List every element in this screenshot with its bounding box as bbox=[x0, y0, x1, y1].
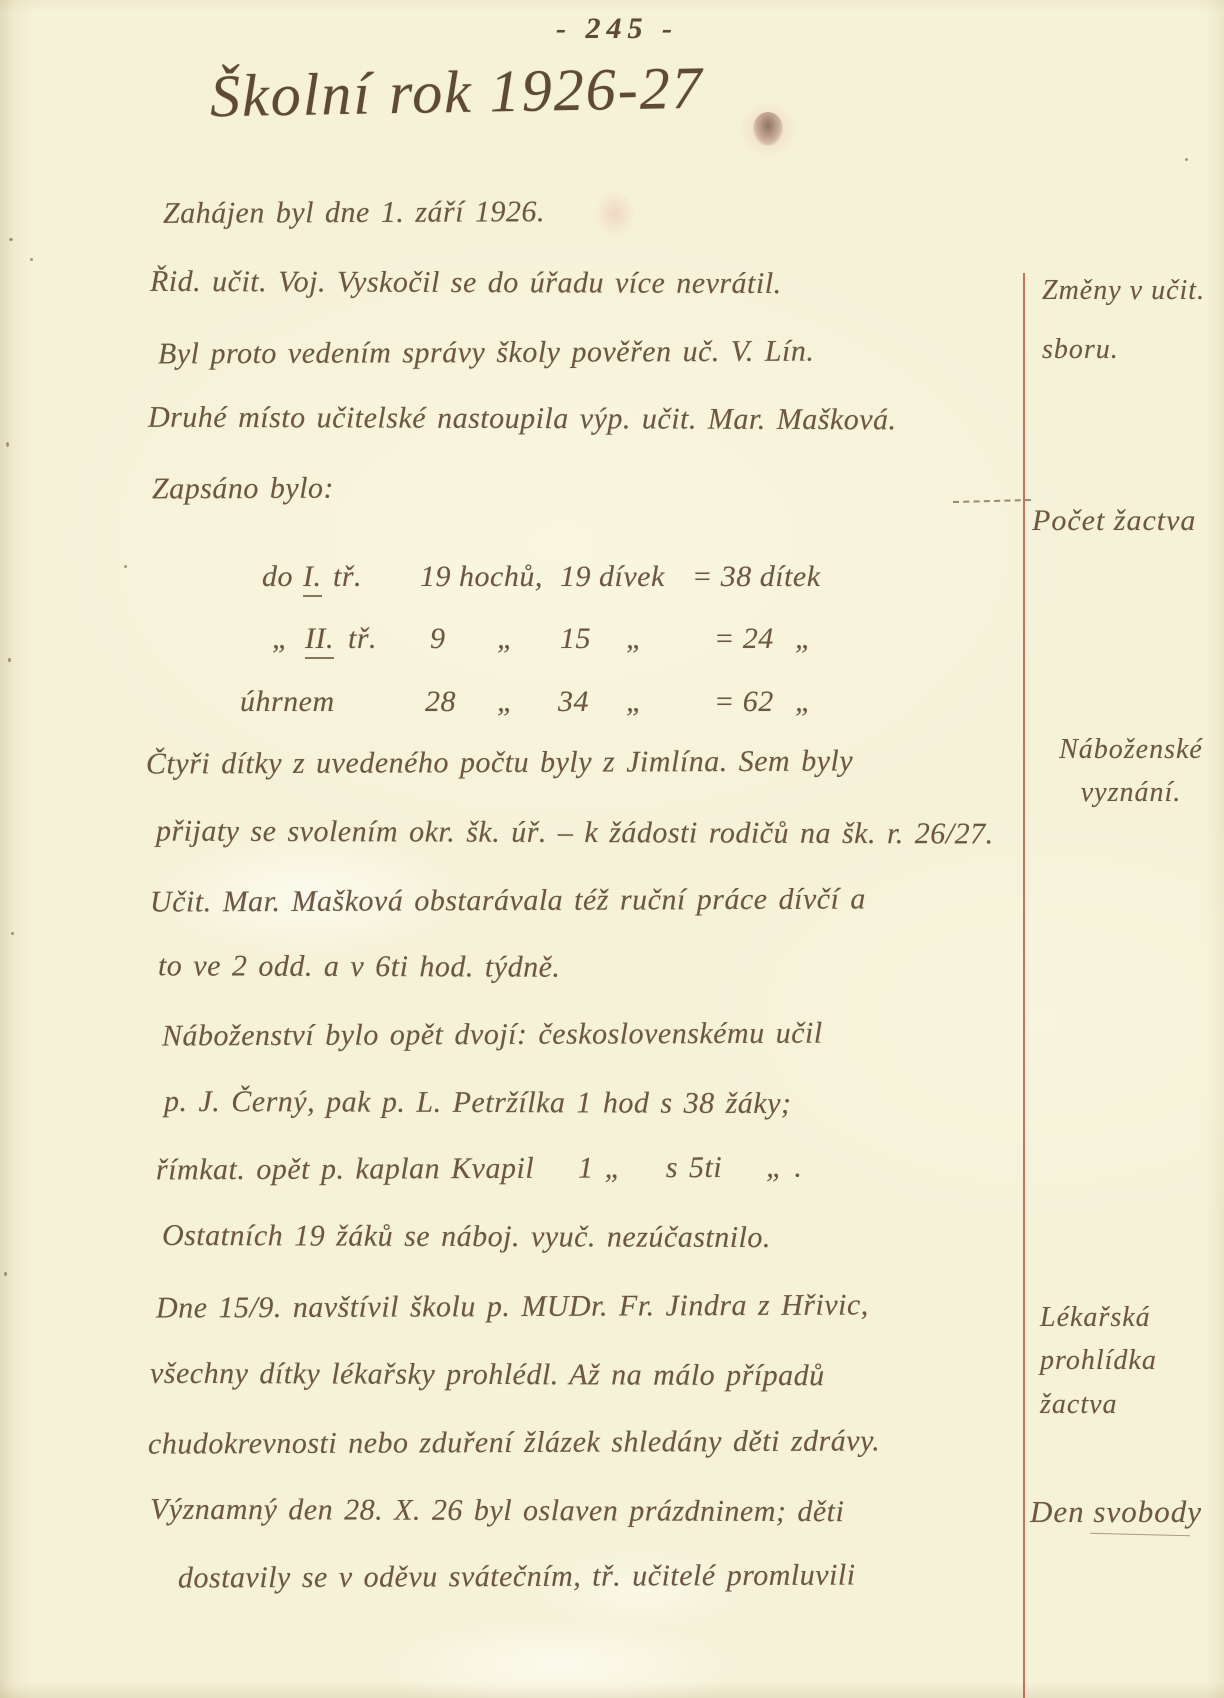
enrollment-row: do I. tř. 19 hochů, 19 dívek = 38 dítek bbox=[0, 560, 1224, 608]
margin-note-medical-exam: Lékařská prohlídka žactva bbox=[1040, 1296, 1157, 1426]
enrollment-cell: „ bbox=[272, 622, 289, 656]
enrollment-cell-class-numeral: I. bbox=[303, 560, 322, 597]
enrollment-cell-ditto: „ bbox=[626, 622, 643, 656]
page-number: - 245 - bbox=[556, 12, 678, 46]
enrollment-cell-boys: 28 bbox=[425, 685, 456, 719]
paper-speck bbox=[1185, 158, 1188, 161]
paper-speck bbox=[9, 238, 13, 241]
enrollment-cell-boys: 9 bbox=[430, 622, 446, 656]
enrollment-row-total: úhrnem 28 „ 34 „ = 62 „ bbox=[0, 685, 1224, 733]
enrollment-cell: do bbox=[262, 560, 293, 594]
manuscript-line: Zapsáno bylo: bbox=[152, 472, 334, 507]
enrollment-cell-total: = 62 bbox=[714, 685, 774, 719]
margin-note-religion: Náboženské vyznání. bbox=[1048, 728, 1214, 815]
enrollment-cell-girls: 34 bbox=[558, 685, 589, 719]
enrollment-cell-girls: 15 bbox=[560, 622, 591, 656]
enrollment-cell-ditto: „ bbox=[497, 622, 514, 656]
enrollment-cell-ditto: „ bbox=[626, 685, 643, 719]
manuscript-line: dostavily se v oděvu svátečním, tř. učit… bbox=[178, 1559, 856, 1596]
ink-smudge-date bbox=[594, 190, 636, 238]
margin-rule-line bbox=[1023, 273, 1025, 1698]
manuscript-line: Náboženství bylo opět dvojí: českosloven… bbox=[162, 1017, 823, 1054]
manuscript-line: Byl proto vedením správy školy pověřen u… bbox=[158, 335, 815, 372]
enrollment-cell-class-numeral: II. bbox=[305, 622, 334, 659]
manuscript-line: p. J. Černý, pak p. L. Petržílka 1 hod s… bbox=[164, 1085, 792, 1121]
enrollment-cell-ditto: „ bbox=[497, 685, 514, 719]
manuscript-page: - 245 - Školní rok 1926-27 Zahájen byl d… bbox=[0, 0, 1224, 1698]
margin-note-freedom-day: Den svobody bbox=[1030, 1488, 1202, 1536]
manuscript-line: přijaty se svolením okr. šk. úř. – k žád… bbox=[156, 815, 994, 852]
manuscript-line: Čtyři dítky z uvedeného počtu byly z Jim… bbox=[146, 744, 853, 781]
manuscript-line: Učit. Mar. Mašková obstarávala též ruční… bbox=[150, 882, 866, 919]
enrollment-cell-boys: 19 hochů, bbox=[420, 560, 543, 594]
enrollment-cell: úhrnem bbox=[240, 685, 335, 719]
paper-speck bbox=[6, 442, 9, 447]
dashed-pencil-mark bbox=[953, 499, 1031, 503]
enrollment-cell: tř. bbox=[333, 560, 362, 594]
paper-speck bbox=[11, 932, 14, 935]
paper-speck bbox=[30, 258, 33, 261]
manuscript-line: Dne 15/9. navštívil školu p. MUDr. Fr. J… bbox=[156, 1288, 869, 1325]
manuscript-line: chudokrevnosti nebo zduření žlázek shled… bbox=[148, 1424, 880, 1461]
ink-smudge-blot bbox=[753, 112, 783, 146]
manuscript-line: Druhé místo učitelské nastoupila výp. uč… bbox=[148, 401, 897, 438]
enrollment-cell-ditto: „ bbox=[795, 622, 812, 656]
margin-note-teacher-changes: Změny v učit. sboru. bbox=[1042, 262, 1205, 380]
manuscript-line: Významný den 28. X. 26 byl oslaven prázd… bbox=[150, 1493, 844, 1529]
enrollment-cell-ditto: „ bbox=[795, 685, 812, 719]
manuscript-line: všechny dítky lékařsky prohlédl. Až na m… bbox=[150, 1357, 825, 1393]
paper-speck bbox=[4, 1272, 7, 1276]
enrollment-row: „ II. tř. 9 „ 15 „ = 24 „ bbox=[0, 622, 1224, 670]
enrollment-cell-girls: 19 dívek bbox=[560, 560, 665, 594]
page-title: Školní rok 1926-27 bbox=[209, 54, 704, 132]
enrollment-cell-total: = 38 dítek bbox=[692, 560, 821, 594]
manuscript-line: Zahájen byl dne 1. září 1926. bbox=[163, 195, 545, 231]
margin-note-pupil-count: Počet žactva bbox=[1032, 498, 1196, 545]
manuscript-line: římkat. opět p. kaplan Kvapil 1 „ s 5ti … bbox=[156, 1151, 802, 1188]
manuscript-line: Řid. učit. Voj. Vyskočil se do úřadu víc… bbox=[150, 265, 782, 301]
manuscript-line: to ve 2 odd. a v 6ti hod. týdně. bbox=[158, 949, 561, 984]
manuscript-line: Ostatních 19 žáků se náboj. vyuč. nezúča… bbox=[162, 1219, 771, 1255]
enrollment-cell-total: = 24 bbox=[714, 622, 774, 656]
enrollment-cell: tř. bbox=[348, 622, 377, 656]
